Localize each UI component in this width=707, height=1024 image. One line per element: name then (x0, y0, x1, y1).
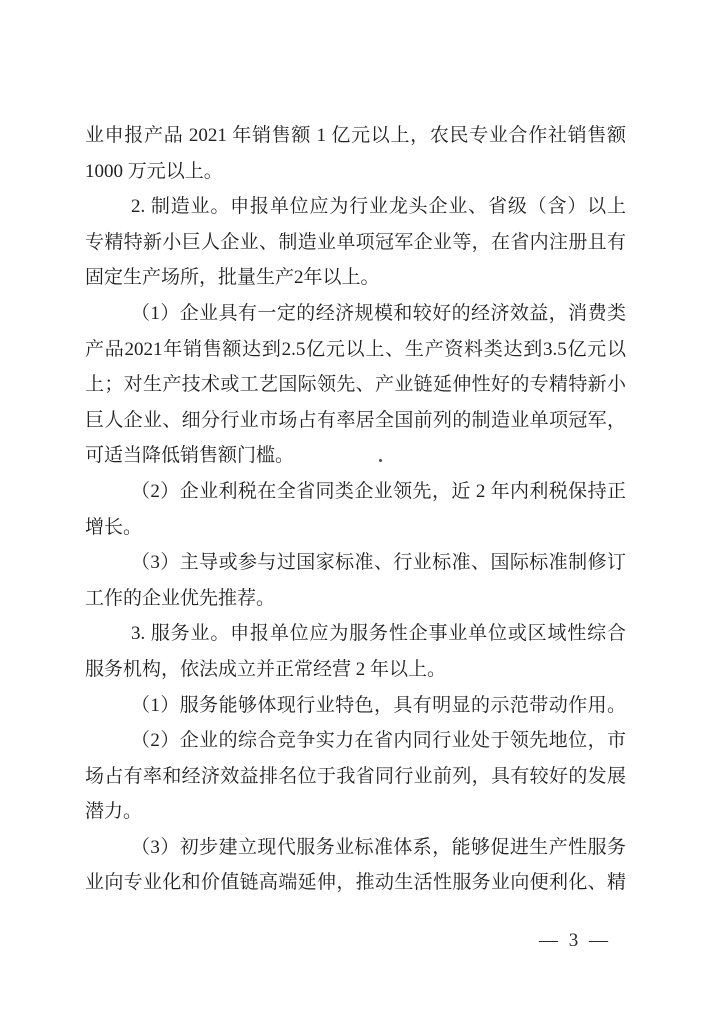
text-line: 潜力。 (85, 794, 626, 830)
text-line: 1000 万元以上。 (85, 154, 626, 190)
text-line: （1）企业具有一定的经济规模和较好的经济效益，消费类 (85, 296, 626, 332)
text-line: （2）企业的综合竞争实力在省内同行业处于领先地位，市 (85, 723, 626, 759)
text-line: 固定生产场所，批量生产2年以上。 (85, 260, 626, 296)
text-line: 场占有率和经济效益排名位于我省同行业前列，具有较好的发展 (85, 759, 626, 795)
text-line: 产品2021年销售额达到2.5亿元以上、生产资料类达到3.5亿元以 (85, 332, 626, 368)
text-line: （3）初步建立现代服务业标准体系，能够促进生产性服务 (85, 830, 626, 866)
text-line: 上；对生产技术或工艺国际领先、产业链延伸性好的专精特新小 (85, 367, 626, 403)
text-line: 3. 服务业。申报单位应为服务性企事业单位或区域性综合 (85, 616, 626, 652)
text-line: 服务机构，依法成立并正常经营 2 年以上。 (85, 652, 626, 688)
document-body: 业申报产品 2021 年销售额 1 亿元以上，农民专业合作社销售额 1000 万… (85, 118, 626, 901)
text-line: 业申报产品 2021 年销售额 1 亿元以上，农民专业合作社销售额 (85, 118, 626, 154)
text-line: 可适当降低销售额门槛。 (85, 438, 626, 474)
text-line: （1）服务能够体现行业特色，具有明显的示范带动作用。 (85, 688, 626, 724)
text-line: 巨人企业、细分行业市场占有率居全国前列的制造业单项冠军， (85, 403, 626, 439)
text-line: （2）企业利税在全省同类企业领先，近 2 年内利税保持正 (85, 474, 626, 510)
text-line: 2. 制造业。申报单位应为行业龙头企业、省级（含）以上 (85, 189, 626, 225)
page-number: — 3 — (0, 930, 611, 952)
text-line: 业向专业化和价值链高端延伸，推动生活性服务业向便利化、精 (85, 865, 626, 901)
text-line: 工作的企业优先推荐。 (85, 581, 626, 617)
scan-speck (379, 459, 382, 462)
text-line: （3）主导或参与过国家标准、行业标准、国际标准制修订 (85, 545, 626, 581)
text-line: 专精特新小巨人企业、制造业单项冠军企业等，在省内注册且有 (85, 225, 626, 261)
text-line: 增长。 (85, 510, 626, 546)
document-page: 业申报产品 2021 年销售额 1 亿元以上，农民专业合作社销售额 1000 万… (0, 0, 707, 1024)
